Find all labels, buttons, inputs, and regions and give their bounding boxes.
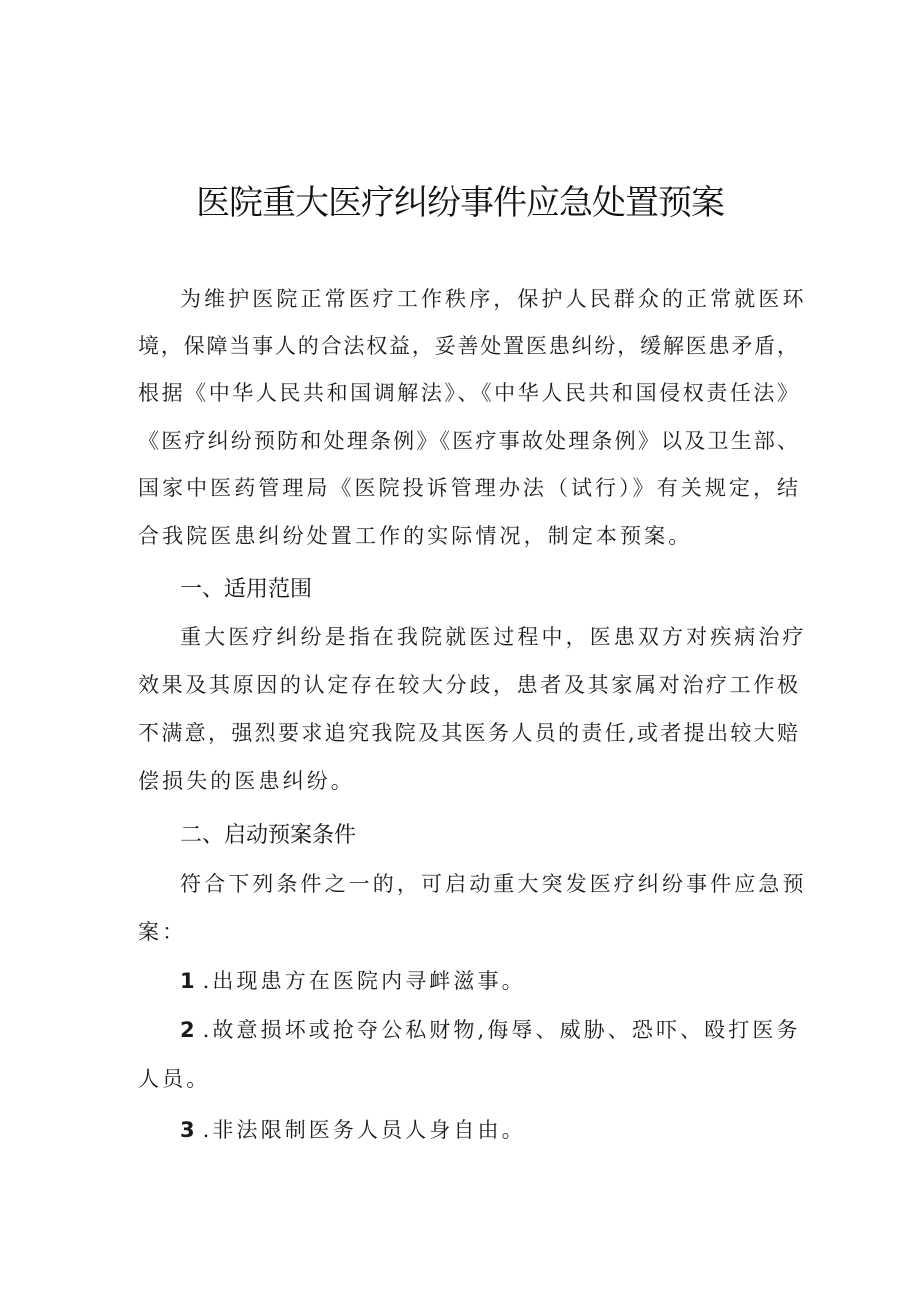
paragraph-line: 根据《中华人民共和国调解法》、《中华人民共和国侵权责任法》 bbox=[138, 378, 798, 408]
paragraph-line: 境，保障当事人的合法权益，妥善处置医患纠纷，缓解医患矛盾， bbox=[138, 331, 798, 361]
list-item-text: .非法限制医务人员人身自由。 bbox=[203, 1118, 526, 1142]
list-item: 2.故意损坏或抢夺公私财物,侮辱、威胁、恐吓、殴打医务 bbox=[180, 1015, 840, 1045]
list-item-text: .出现患方在医院内寻衅滋事。 bbox=[203, 969, 526, 993]
paragraph-line: 合我院医患纠纷处置工作的实际情况，制定本预案。 bbox=[138, 521, 798, 551]
paragraph-line: 重大医疗纠纷是指在我院就医过程中，医患双方对疾病治疗 bbox=[180, 622, 798, 652]
document-title: 医院重大医疗纠纷事件应急处置预案 bbox=[0, 178, 920, 228]
list-item: 3.非法限制医务人员人身自由。 bbox=[180, 1115, 840, 1145]
list-item: 1.出现患方在医院内寻衅滋事。 bbox=[180, 966, 840, 996]
section-heading: 二、启动预案条件 bbox=[180, 821, 356, 851]
paragraph-line: 偿损失的医患纠纷。 bbox=[138, 766, 798, 796]
document-page: 医院重大医疗纠纷事件应急处置预案 为维护医院正常医疗工作秩序，保护人民群众的正常… bbox=[0, 0, 920, 1301]
paragraph-line: 符合下列条件之一的，可启动重大突发医疗纠纷事件应急预 bbox=[180, 869, 798, 899]
paragraph-line: 效果及其原因的认定存在较大分歧，患者及其家属对治疗工作极 bbox=[138, 670, 798, 700]
paragraph-line: 不满意，强烈要求追究我院及其医务人员的责任,或者提出较大赔 bbox=[138, 718, 798, 748]
paragraph-line: 《医疗纠纷预防和处理条例》《医疗事故处理条例》以及卫生部、 bbox=[138, 426, 798, 456]
list-item-number: 2 bbox=[180, 1018, 195, 1042]
list-item-text: .故意损坏或抢夺公私财物,侮辱、威胁、恐吓、殴打医务 bbox=[203, 1018, 801, 1042]
list-item-number: 3 bbox=[180, 1118, 195, 1142]
list-item-continuation: 人员。 bbox=[138, 1064, 798, 1094]
paragraph-line: 为维护医院正常医疗工作秩序，保护人民群众的正常就医环 bbox=[180, 284, 798, 314]
list-item-number: 1 bbox=[180, 969, 195, 993]
section-heading: 一、适用范围 bbox=[180, 575, 312, 605]
paragraph-line: 国家中医药管理局《医院投诉管理办法（试行）》有关规定，结 bbox=[138, 473, 798, 503]
paragraph-line: 案： bbox=[138, 917, 798, 947]
